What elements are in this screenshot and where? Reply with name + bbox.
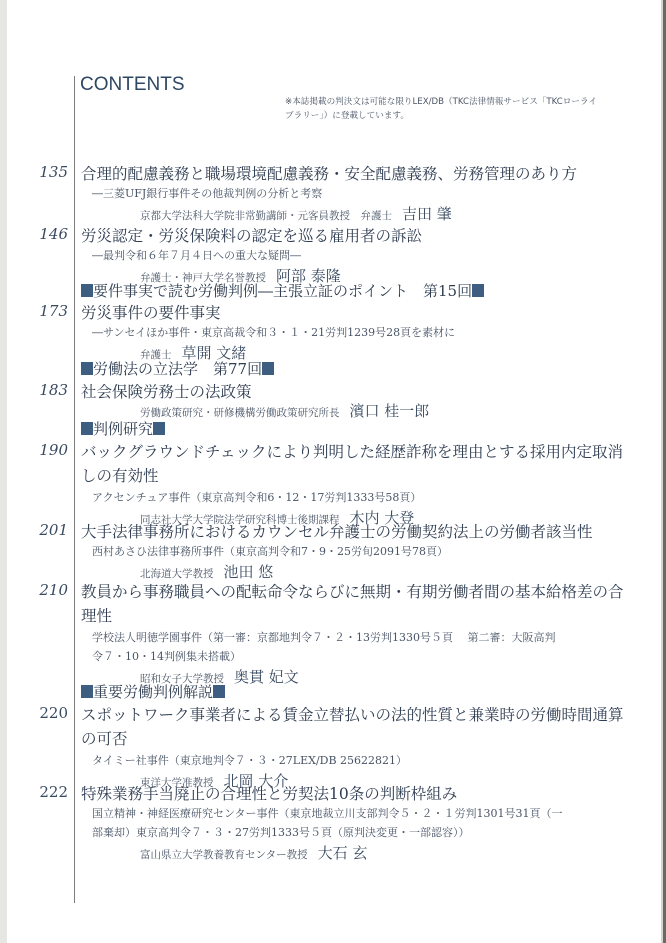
page-title: CONTENTS — [80, 74, 185, 96]
case-citation: アクセンチュア事件（東京高判令和6・12・17労判1333号58頁） — [92, 489, 421, 505]
section-title: 要件事実で読む労働判例―主張立証のポイント 第15回 — [93, 280, 472, 301]
author-affiliation: 北海道大学教授 — [140, 568, 214, 580]
page-number: 222 — [36, 783, 68, 801]
author-line: 労働政策研究・研修機構労働政策研究所長濱口 桂一郎 — [140, 400, 429, 421]
section-heading: 重要労働判例解説 — [81, 681, 225, 702]
vertical-rule — [74, 76, 75, 903]
case-citation: 国立精神・神経医療研究センター事件（東京地裁立川支部判令５・２・１労判1301号… — [92, 805, 563, 821]
author-affiliation: 富山県立大学教養教育センター教授 — [140, 849, 308, 861]
article-title[interactable]: 特殊業務手当廃止の合理性と労契法10条の判断枠組み — [81, 782, 457, 804]
author-name: 奥貫 妃文 — [234, 668, 299, 686]
article-title[interactable]: 大手法律事務所におけるカウンセル弁護士の労働契約法上の労働者該当性 — [81, 520, 593, 542]
article-title[interactable]: 労災事件の要件事実 — [81, 301, 221, 323]
square-bullet-icon — [81, 284, 93, 297]
page-number: 210 — [36, 581, 68, 599]
section-heading: 要件事実で読む労働判例―主張立証のポイント 第15回 — [81, 280, 484, 301]
article-title[interactable]: 合理的配慮義務と職場環境配慮義務・安全配慮義務、労務管理のあり方 — [81, 162, 577, 184]
section-title: 重要労働判例解説 — [93, 681, 213, 702]
page-number: 201 — [36, 521, 68, 539]
article-title[interactable]: 労災認定・労災保険料の認定を巡る雇用者の訴訟 — [81, 224, 422, 246]
article-title-continued[interactable]: 理性 — [81, 604, 112, 626]
section-title: 判例研究 — [93, 418, 153, 439]
author-line: 北海道大学教授池田 悠 — [140, 561, 273, 582]
square-bullet-icon — [213, 685, 225, 698]
case-citation-continued: 部棄却）東京高判令７・３・27労判1333号５頁（原判決変更・一部認容）） — [92, 824, 470, 840]
article-title[interactable]: スポットワーク事業者による賃金立替払いの法的性質と兼業時の労働時間通算 — [81, 703, 624, 725]
square-bullet-icon — [81, 422, 93, 435]
section-heading: 労働法の立法学 第77回 — [81, 358, 274, 379]
section-title: 労働法の立法学 第77回 — [93, 358, 262, 379]
author-affiliation: 京都大学法科大学院非常勤講師・元客員教授 弁護士 — [140, 210, 392, 222]
author-affiliation: 労働政策研究・研修機構労働政策研究所長 — [140, 407, 340, 419]
page-edge-left — [0, 0, 7, 943]
author-line: 富山県立大学教養教育センター教授大石 玄 — [140, 842, 367, 863]
square-bullet-icon — [81, 685, 93, 698]
article-subtitle: ―サンセイほか事件・東京高裁令和３・１・21労判1239号28頁を素材に — [92, 324, 455, 340]
article-title[interactable]: 教員から事務職員への配転命令ならびに無期・有期労働者間の基本給格差の合 — [81, 580, 624, 602]
author-name: 池田 悠 — [224, 563, 274, 581]
square-bullet-icon — [81, 362, 93, 375]
case-citation: 学校法人明徳学園事件（第一審：京都地判令７・２・13労判1330号５頁 第二審：… — [92, 629, 556, 645]
page-number: 146 — [36, 225, 68, 243]
article-subtitle: ―最判令和６年７月４日への重大な疑問― — [92, 247, 301, 263]
article-title[interactable]: 社会保険労務士の法政策 — [81, 380, 252, 402]
article-title-continued[interactable]: の可否 — [81, 727, 128, 749]
author-name: 吉田 肇 — [402, 205, 452, 223]
article-title-continued[interactable]: しの有効性 — [81, 464, 159, 486]
page-number: 135 — [36, 163, 68, 181]
square-bullet-icon — [472, 284, 484, 297]
square-bullet-icon — [153, 422, 165, 435]
section-heading: 判例研究 — [81, 418, 165, 439]
square-bullet-icon — [262, 362, 274, 375]
header-note-line-1: ※本誌掲載の判決文は可能な限りLEX/DB（TKC法律情報サービス「TKCローラ… — [285, 95, 615, 109]
author-name: 大石 玄 — [318, 844, 368, 862]
case-citation-continued: 令７・10・14判例集未搭載） — [92, 648, 241, 664]
case-citation: 西村あさひ法律事務所事件（東京高判令和7・9・25労旬2091号78頁） — [92, 543, 448, 559]
article-subtitle: ―三菱UFJ銀行事件その他裁判例の分析と考察 — [92, 185, 322, 201]
page-number: 173 — [36, 302, 68, 320]
header-note: ※本誌掲載の判決文は可能な限りLEX/DB（TKC法律情報サービス「TKCローラ… — [285, 95, 615, 123]
case-citation: タイミー社事件（東京地判令７・３・27LEX/DB 25622821） — [92, 752, 407, 768]
author-name: 濱口 桂一郎 — [350, 402, 430, 420]
article-title[interactable]: バックグラウンドチェックにより判明した経歴詐称を理由とする採用内定取消 — [81, 440, 623, 462]
page-number: 220 — [36, 704, 68, 722]
author-line: 京都大学法科大学院非常勤講師・元客員教授 弁護士吉田 肇 — [140, 203, 452, 224]
page-number: 183 — [36, 381, 68, 399]
page-number: 190 — [36, 441, 68, 459]
header-note-line-2: ブラリー」）に登載しています。 — [285, 109, 615, 123]
